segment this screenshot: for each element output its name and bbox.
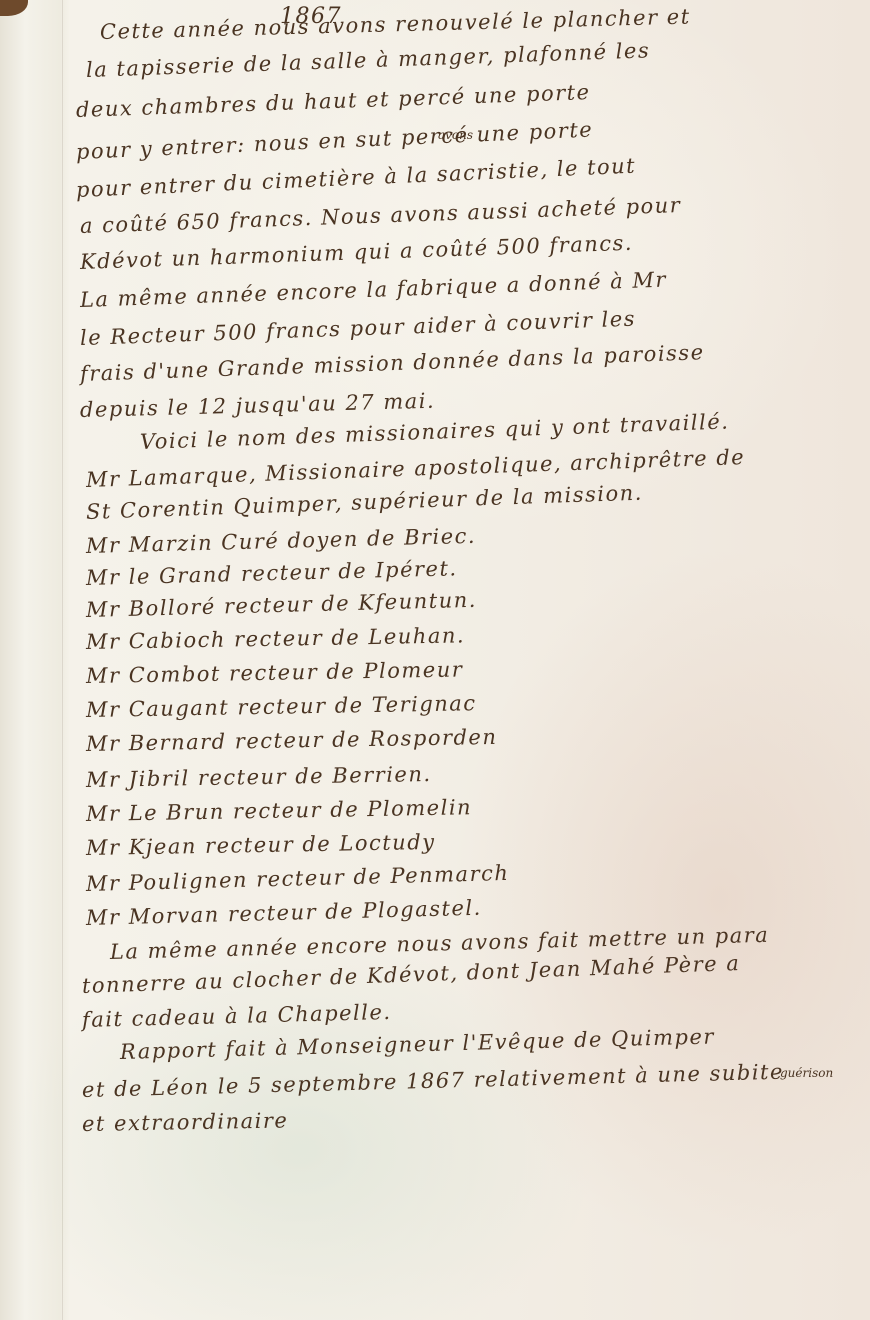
page-gutter (62, 0, 63, 1320)
missionary-entry: Mr Jibril recteur de Berrien. (86, 762, 432, 792)
missionary-entry: Mr Caugant recteur de Terignac (86, 691, 477, 722)
missionary-entry: Mr Bernard recteur de Rosporden (86, 725, 498, 756)
binding-corner (0, 0, 28, 16)
manuscript-page: 1867 Cette année nous avons renouvelé le… (0, 0, 870, 1320)
manuscript-line: pour y entrer: nous en sut percé une por… (75, 117, 593, 164)
missionary-entry: Mr le Grand recteur de Ipéret. (86, 556, 458, 590)
manuscript-line: frais d'une Grande mission donnée dans l… (80, 340, 705, 386)
manuscript-line: le Recteur 500 francs pour aider à couvr… (80, 307, 637, 350)
missionary-entry: Mr Poulignen recteur de Penmarch (86, 861, 510, 896)
interlinear-insertion: guérison (780, 1066, 833, 1080)
manuscript-line: depuis le 12 jusqu'au 27 mai. (80, 389, 436, 422)
manuscript-line: fait cadeau à la Chapelle. (82, 1000, 392, 1032)
missionary-entry: Mr Kjean recteur de Loctudy (86, 830, 436, 860)
missionary-entry: Mr Bolloré recteur de Kfeuntun. (86, 588, 477, 622)
missionary-entry: Mr Morvan recteur de Plogastel. (86, 896, 482, 930)
manuscript-line: Cette année nous avons renouvelé le plan… (100, 5, 691, 44)
manuscript-line: La même année encore la fabrique a donné… (80, 268, 668, 312)
manuscript-line: la tapisserie de la salle à manger, plaf… (86, 38, 651, 82)
missionary-entry: Mr Combot recteur de Plomeur (86, 657, 464, 688)
missionary-entry: Mr Marzin Curé doyen de Briec. (86, 524, 477, 558)
missionary-entry: Mr Cabioch recteur de Leuhan. (86, 623, 465, 654)
manuscript-line: pour entrer du cimetière à la sacristie,… (75, 154, 636, 202)
manuscript-line: Kdévot un harmonium qui a coûté 500 fran… (80, 231, 634, 274)
report-heading-line: et de Léon le 5 septembre 1867 relativem… (82, 1060, 784, 1102)
report-heading-line: et extraordinaire (82, 1108, 289, 1136)
missionary-entry: Mr Le Brun recteur de Plomelin (86, 795, 473, 826)
manuscript-line: deux chambres du haut et percé une porte (76, 80, 591, 122)
report-heading-line: Rapport fait à Monseigneur l'Evêque de Q… (120, 1024, 715, 1064)
